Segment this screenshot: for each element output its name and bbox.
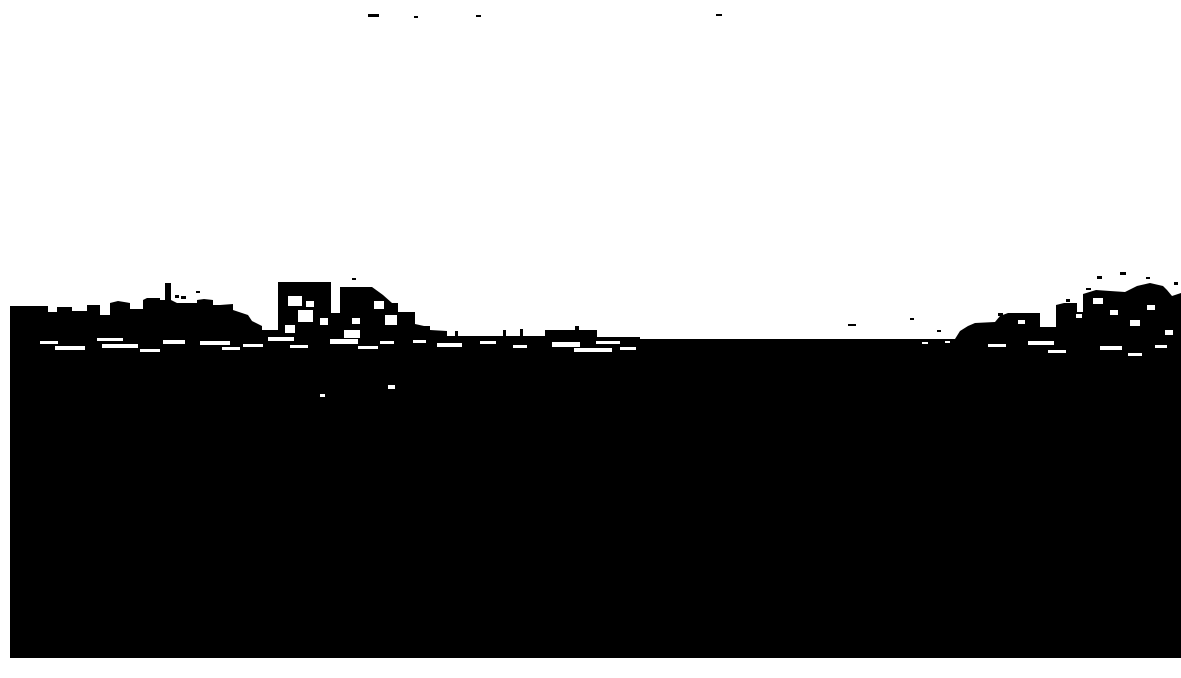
waterline-reflection bbox=[596, 341, 620, 344]
sky-mark bbox=[368, 14, 379, 17]
waterline-reflection bbox=[437, 343, 462, 347]
water-light-speck bbox=[320, 394, 325, 397]
waterline-reflection bbox=[574, 348, 612, 352]
building-window-highlight bbox=[306, 301, 314, 307]
sky-mark bbox=[998, 313, 1003, 316]
waterline-reflection bbox=[620, 347, 636, 350]
water-light-speck bbox=[388, 385, 395, 389]
waterline-reflection bbox=[513, 345, 527, 348]
building-window-highlight bbox=[385, 315, 397, 325]
building-window-highlight bbox=[285, 325, 295, 333]
scene-svg bbox=[0, 0, 1181, 678]
sky-mark bbox=[1146, 277, 1150, 279]
waterline-reflection bbox=[140, 349, 160, 352]
building-window-highlight bbox=[320, 318, 328, 325]
waterline-reflection bbox=[1028, 341, 1054, 345]
sky-mark bbox=[455, 331, 458, 336]
waterline-reflection bbox=[480, 341, 496, 344]
sky-mark bbox=[937, 330, 941, 332]
sky-mark bbox=[1066, 299, 1070, 302]
waterline-reflection bbox=[1128, 353, 1142, 356]
waterline-reflection bbox=[200, 341, 230, 345]
tree-foliage-gap bbox=[1040, 322, 1048, 327]
sky-mark bbox=[352, 278, 356, 280]
tree-foliage-gap bbox=[1165, 330, 1173, 335]
sky-mark bbox=[1086, 288, 1091, 290]
sky-mark bbox=[848, 324, 856, 326]
building-window-highlight bbox=[288, 296, 302, 306]
waterline-reflection bbox=[243, 344, 263, 347]
waterline-reflection bbox=[102, 344, 138, 348]
building-window-highlight bbox=[344, 330, 360, 338]
sky-mark bbox=[476, 15, 481, 17]
waterline-reflection bbox=[1100, 346, 1122, 350]
sky-mark bbox=[503, 330, 506, 336]
waterline-reflection bbox=[413, 340, 426, 343]
building-window-highlight bbox=[374, 301, 384, 309]
waterline-reflection bbox=[922, 342, 928, 344]
tree-foliage-gap bbox=[1110, 310, 1118, 315]
building-window-highlight bbox=[352, 318, 360, 324]
waterline-reflection bbox=[1155, 345, 1167, 348]
waterline-reflection bbox=[163, 340, 185, 344]
tree-foliage-gap bbox=[1130, 320, 1140, 326]
waterline-reflection bbox=[552, 342, 580, 347]
waterline-reflection bbox=[97, 338, 123, 341]
sky-mark bbox=[1174, 282, 1178, 285]
waterline-reflection bbox=[380, 341, 394, 344]
skyline-silhouette bbox=[10, 282, 1181, 658]
waterline-reflection bbox=[358, 346, 378, 349]
tree-foliage-gap bbox=[1018, 320, 1025, 324]
building-window-highlight bbox=[298, 310, 313, 322]
waterline-reflection bbox=[290, 345, 308, 348]
waterline-reflection bbox=[40, 341, 58, 344]
waterline-reflection bbox=[222, 347, 240, 350]
sky-mark bbox=[1120, 272, 1126, 275]
tree-foliage-gap bbox=[1076, 314, 1082, 318]
sky-mark bbox=[1097, 276, 1102, 279]
sky-mark bbox=[175, 295, 179, 298]
sky-mark bbox=[414, 16, 418, 18]
waterline-reflection bbox=[268, 337, 294, 341]
waterline-reflection bbox=[55, 346, 85, 350]
waterline-reflection bbox=[988, 344, 1006, 347]
waterline-reflection bbox=[945, 341, 950, 343]
waterline-reflection bbox=[330, 339, 358, 344]
sky-mark bbox=[520, 329, 523, 336]
thresholded-skyline-photo bbox=[0, 0, 1181, 678]
sky-mark bbox=[716, 14, 722, 16]
sky-mark bbox=[910, 318, 914, 320]
waterline-reflection bbox=[1048, 350, 1066, 353]
sky-mark bbox=[181, 296, 186, 299]
tree-foliage-gap bbox=[1093, 298, 1103, 304]
tree-foliage-gap bbox=[1147, 305, 1155, 310]
sky-mark bbox=[196, 291, 200, 293]
